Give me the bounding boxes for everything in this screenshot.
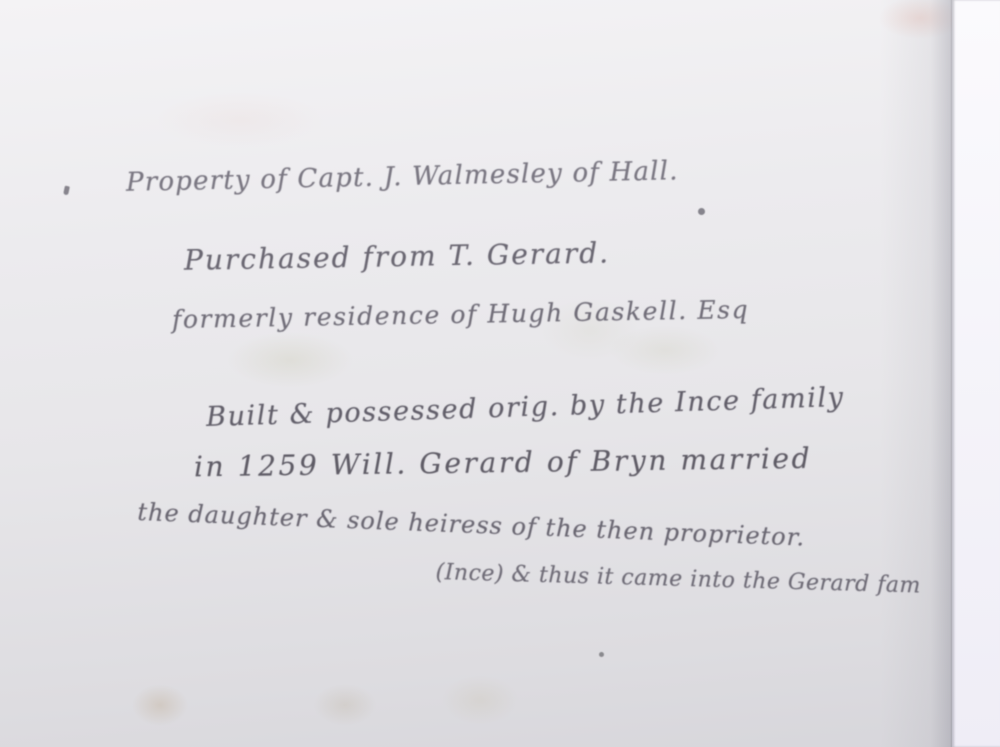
paper-speck [599,652,604,657]
paper-edge-shadow [880,0,952,747]
stray-ink-mark [63,186,70,196]
handwritten-line-heiress: the daughter & sole heiress of the then … [137,498,806,552]
handwritten-line-property: Property of Capt. J. Walmesley of Hall. [126,156,679,198]
photo-of-handwritten-note: Property of Capt. J. Walmesley of Hall. … [0,0,1000,747]
stray-ink-dot [698,208,705,215]
handwritten-line-purchased: Purchased from T. Gerard. [184,236,611,276]
handwritten-line-ince: (Ince) & thus it came into the Gerard fa… [435,560,921,599]
handwritten-line-married: in 1259 Will. Gerard of Bryn married [194,442,813,484]
backing-page-strip [952,0,1000,747]
handwritten-line-residence: formerly residence of Hugh Gaskell. Esq [172,295,750,334]
handwritten-line-built: Built & possessed orig. by the Ince fami… [206,382,845,433]
